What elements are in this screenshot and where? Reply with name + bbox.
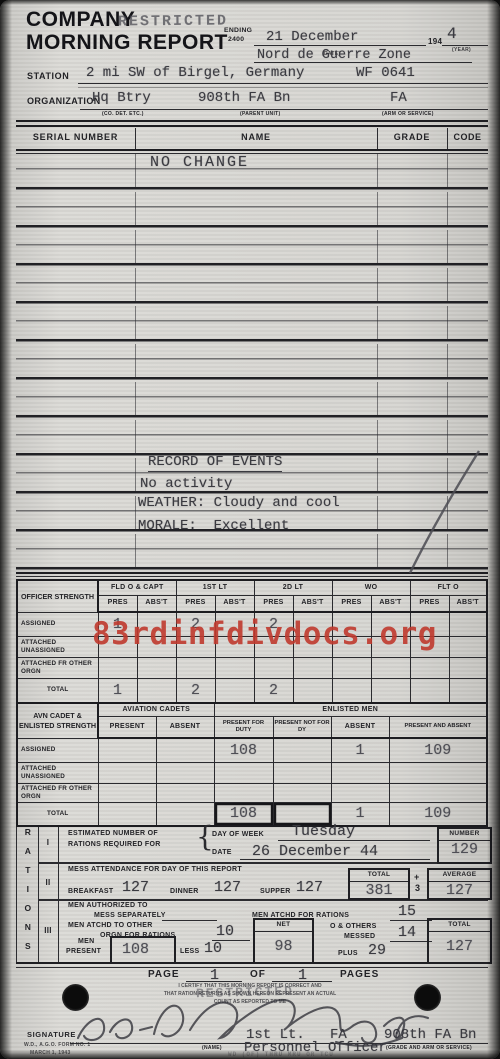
row-label-attached-unassigned: ATTACHED UNASSIGNED xyxy=(17,762,98,783)
breakfast-label: BREAKFAST xyxy=(68,888,113,896)
watermark-text: 83rdinfdivdocs.org xyxy=(92,616,437,652)
rule xyxy=(16,576,488,577)
form-number: W.D., A.G.O. FORM NO. 1 xyxy=(24,1043,90,1049)
rations-letter: S xyxy=(19,942,37,952)
routing-stamp: WD (OF) THRU MRU OR TCU xyxy=(228,1051,334,1058)
mess-total-typed: 381 xyxy=(350,882,408,899)
ending-time-label: 2400 xyxy=(228,36,244,44)
rations-estimated-label2: RATIONS REQUIRED FOR xyxy=(68,841,161,849)
roster-col-code: CODE xyxy=(447,132,488,142)
abst-header: ABS'T xyxy=(449,595,487,612)
typed-unit: 908th FA Bn xyxy=(384,1027,476,1043)
others-messed-typed: 14 xyxy=(398,924,416,941)
rule xyxy=(390,920,432,921)
cell: 2 xyxy=(254,678,293,703)
officer-corner-label: OFFICER STRENGTH xyxy=(17,580,98,612)
rule xyxy=(16,825,17,962)
organization-label: ORGANIZATION xyxy=(27,96,101,106)
rations-total-label: TOTAL xyxy=(429,920,490,932)
enlisted-corner-label: AVN CADET & ENLISTED STRENGTH xyxy=(17,703,98,738)
cell xyxy=(331,783,389,802)
name-sublabel: (NAME) xyxy=(202,1046,222,1052)
roster-col-serial: SERIAL NUMBER xyxy=(16,132,135,142)
events-line1-typed: No activity xyxy=(140,476,232,492)
rations-numeral-1: I xyxy=(40,838,56,847)
form-title-line2: MORNING REPORT xyxy=(26,31,228,55)
number-typed: 129 xyxy=(439,841,490,858)
rule xyxy=(254,45,426,46)
table-row: ATTACHED FR OTHER ORGN xyxy=(17,657,487,678)
cell xyxy=(293,657,332,678)
rations-letter: O xyxy=(19,904,37,914)
cell xyxy=(215,657,254,678)
roster-ruled-area: NO CHANGE RECORD OF EVENTS No activity W… xyxy=(16,154,488,572)
of-label: OF xyxy=(250,969,266,981)
report-date-typed: 21 December xyxy=(266,29,358,45)
table-row: OFFICER STRENGTH FLD O & CAPT 1ST LT 2D … xyxy=(17,580,487,595)
pres-header: PRES xyxy=(410,595,449,612)
col-absent-em: ABSENT xyxy=(331,716,389,738)
cell xyxy=(98,738,156,762)
dinner-typed: 127 xyxy=(214,879,241,896)
punch-hole-right xyxy=(414,984,441,1011)
rule xyxy=(16,967,488,968)
ending-label: ENDING xyxy=(224,27,252,35)
pres-header: PRES xyxy=(332,595,371,612)
group-enlisted-men: ENLISTED MEN xyxy=(214,703,487,716)
cell xyxy=(98,802,156,826)
cell xyxy=(215,678,254,703)
signature-label: SIGNATURE xyxy=(27,1031,76,1040)
cell xyxy=(273,738,331,762)
rule xyxy=(16,572,488,574)
rule xyxy=(377,154,378,572)
org-parent-sublabel: (PARENT UNIT) xyxy=(240,112,280,118)
row-label-total: TOTAL xyxy=(17,678,98,703)
table-row: TOTAL 1 2 2 xyxy=(17,678,487,703)
abst-header: ABS'T xyxy=(293,595,332,612)
cell xyxy=(449,678,487,703)
zone-typed: Nord de Guerre Zone xyxy=(257,48,411,63)
day-of-week-label: DAY OF WEEK xyxy=(212,831,264,839)
plus-label: PLUS xyxy=(338,950,358,958)
cell: 109 xyxy=(389,738,487,762)
cell xyxy=(449,636,487,657)
pres-header: PRES xyxy=(176,595,215,612)
cell xyxy=(176,657,215,678)
cell xyxy=(273,783,331,802)
cell xyxy=(389,783,487,802)
year-printed: 194 xyxy=(428,37,442,46)
rations-letter: R xyxy=(19,828,37,838)
station-coord-typed: WF 0641 xyxy=(356,65,415,81)
cell: 2 xyxy=(176,678,215,703)
rule xyxy=(16,962,488,964)
pages-number-typed: 1 xyxy=(298,967,307,984)
divide-by-three: 3 xyxy=(415,883,420,893)
less-label: LESS xyxy=(180,948,199,956)
group-aviation-cadets: AVIATION CADETS xyxy=(98,703,214,716)
station-label: STATION xyxy=(27,71,69,81)
col-absent: ABSENT xyxy=(156,716,214,738)
cell xyxy=(273,762,331,783)
breakfast-typed: 127 xyxy=(122,879,149,896)
cell xyxy=(137,678,176,703)
cell xyxy=(98,762,156,783)
page-number-typed: 1 xyxy=(210,967,219,984)
year-typed: 4 xyxy=(447,25,457,43)
table-row: ATTACHED FR OTHER ORGN xyxy=(17,783,487,802)
mess-total-box: TOTAL 381 xyxy=(348,868,410,900)
cell xyxy=(332,657,371,678)
average-label: AVERAGE xyxy=(429,870,490,882)
cell xyxy=(156,762,214,783)
abst-header: ABS'T xyxy=(215,595,254,612)
cell: 108 xyxy=(214,738,273,762)
cell xyxy=(449,657,487,678)
page-label: PAGE xyxy=(148,969,180,981)
day-of-week-typed: Tuesday xyxy=(292,823,355,840)
rations-total-box: TOTAL 127 xyxy=(427,918,492,964)
rule xyxy=(278,840,430,841)
rations-letter: T xyxy=(19,866,37,876)
net-label: NET xyxy=(255,920,312,932)
men-present-typed: 108 xyxy=(112,938,174,958)
supper-label: SUPPER xyxy=(260,888,291,896)
cell xyxy=(98,783,156,802)
restricted-stamp-top: RESTRICTED xyxy=(118,13,228,31)
number-label: NUMBER xyxy=(439,829,490,841)
abst-header: ABS'T xyxy=(371,595,410,612)
abst-header: ABS'T xyxy=(137,595,176,612)
cell xyxy=(137,657,176,678)
rations-letter: I xyxy=(19,885,37,895)
rations-date-typed: 26 December 44 xyxy=(252,843,378,860)
pres-header: PRES xyxy=(98,595,137,612)
cell xyxy=(156,783,214,802)
others-messed-label1: O & OTHERS xyxy=(330,923,377,931)
scan-edge-left xyxy=(0,0,12,1059)
date-label: DATE xyxy=(212,849,232,857)
cell xyxy=(98,657,137,678)
morning-report-document: COMPANY MORNING REPORT RESTRICTED ENDING… xyxy=(0,0,500,1059)
officer-group-wo: WO xyxy=(332,580,410,595)
form-date: MARCH 1, 1943 xyxy=(30,1051,71,1057)
roster-col-name: NAME xyxy=(135,132,377,142)
net-typed: 98 xyxy=(255,932,312,955)
officer-group-flto: FLT O xyxy=(410,580,487,595)
cell xyxy=(254,657,293,678)
rule xyxy=(78,87,488,88)
rule xyxy=(78,83,488,84)
station-typed: 2 mi SW of Birgel, Germany xyxy=(86,65,304,81)
cell xyxy=(371,678,410,703)
rule xyxy=(16,120,488,122)
cell xyxy=(389,762,487,783)
rations-numeral-3: III xyxy=(40,926,56,935)
roster-entry-typed: NO CHANGE xyxy=(150,154,249,171)
pages-label: PAGES xyxy=(340,969,379,981)
rule xyxy=(58,825,59,962)
events-title-typed: RECORD OF EVENTS xyxy=(148,454,282,472)
auth-mess-label1: MEN AUTHORIZED TO xyxy=(68,902,148,910)
men-present-label2: PRESENT xyxy=(66,948,101,956)
atchd-other-typed: 10 xyxy=(216,923,234,940)
cell: 109 xyxy=(389,802,487,826)
cell xyxy=(214,783,273,802)
col-present-not-for-dy: PRESENT NOT FOR DY xyxy=(273,716,331,738)
rule xyxy=(16,125,488,127)
plus-typed: 29 xyxy=(368,942,386,959)
row-label-total: TOTAL xyxy=(17,802,98,826)
enlisted-strength-table: AVN CADET & ENLISTED STRENGTH AVIATION C… xyxy=(16,702,488,827)
rule xyxy=(38,862,488,864)
atchd-for-rations-typed: 15 xyxy=(398,903,416,920)
org-arm-sublabel: (ARM OR SERVICE) xyxy=(382,112,434,118)
cell xyxy=(332,678,371,703)
org-parent-typed: 908th FA Bn xyxy=(198,90,290,106)
rations-numeral-2: II xyxy=(40,878,56,887)
cell xyxy=(214,762,273,783)
net-box: NET 98 xyxy=(253,918,314,964)
row-label-attached-fr: ATTACHED FR OTHER ORGN xyxy=(17,783,98,802)
cell xyxy=(449,612,487,636)
events-line3-typed: MORALE: Excellent xyxy=(138,518,289,534)
rations-letter: N xyxy=(19,923,37,933)
average-box: AVERAGE 127 xyxy=(427,868,492,900)
scan-edge-top xyxy=(0,0,500,5)
officer-group-1stlt: 1ST LT xyxy=(176,580,254,595)
rations-total-typed: 127 xyxy=(429,932,490,955)
mess-attendance-title: MESS ATTENDANCE FOR DAY OF THIS REPORT xyxy=(68,866,242,874)
table-row: ASSIGNED 108 1 109 xyxy=(17,738,487,762)
row-label-assigned: ASSIGNED xyxy=(17,738,98,762)
org-unit-sublabel: (CO. DET. ETC.) xyxy=(102,112,144,118)
rule xyxy=(38,899,488,901)
cell xyxy=(293,678,332,703)
rule xyxy=(162,920,217,921)
row-label-attached-fr: ATTACHED FR OTHER ORGN xyxy=(17,657,98,678)
table-row: ATTACHED UNASSIGNED xyxy=(17,762,487,783)
punch-hole-left xyxy=(62,984,89,1011)
supper-typed: 127 xyxy=(296,879,323,896)
table-row: AVN CADET & ENLISTED STRENGTH AVIATION C… xyxy=(17,703,487,716)
average-typed: 127 xyxy=(429,882,490,899)
col-present: PRESENT xyxy=(98,716,156,738)
dinner-label: DINNER xyxy=(170,888,199,896)
table-row: TOTAL 108 1 109 xyxy=(17,802,487,826)
cell xyxy=(410,657,449,678)
col-present-for-duty: PRESENT FOR DUTY xyxy=(214,716,273,738)
rule xyxy=(16,149,488,151)
col-present-and-absent: PRESENT AND ABSENT xyxy=(389,716,487,738)
cell xyxy=(156,738,214,762)
pres-header: PRES xyxy=(254,595,293,612)
roster-col-grade: GRADE xyxy=(377,132,447,142)
row-label-assigned: ASSIGNED xyxy=(17,612,98,636)
org-unit-typed: Hq Btry xyxy=(92,90,151,106)
cell xyxy=(331,762,389,783)
row-label-attached-unassigned: ATTACHED UNASSIGNED xyxy=(17,636,98,657)
less-typed: 10 xyxy=(204,940,222,957)
scan-edge-right xyxy=(487,0,500,1059)
auth-mess-label2: MESS SEPARATELY xyxy=(94,912,166,920)
mess-total-label: TOTAL xyxy=(350,870,408,882)
cell: 108 xyxy=(214,802,273,826)
men-present-label1: MEN xyxy=(78,938,94,946)
others-messed-label2: MESSED xyxy=(344,933,375,941)
rule xyxy=(390,941,432,942)
divide-plus-glyph: + xyxy=(414,872,420,882)
atchd-other-label1: MEN ATCHD TO OTHER xyxy=(68,922,153,930)
officer-group-2dlt: 2D LT xyxy=(254,580,332,595)
year-sublabel: (YEAR) xyxy=(452,48,471,54)
rations-estimated-label1: ESTIMATED NUMBER OF xyxy=(68,830,158,838)
cell: 1 xyxy=(98,678,137,703)
cell xyxy=(371,657,410,678)
grade-sublabel: (GRADE AND ARM OR SERVICE) xyxy=(386,1046,472,1052)
men-present-box: 108 xyxy=(110,936,176,964)
cell xyxy=(410,678,449,703)
rule xyxy=(447,154,448,572)
officer-group-fldo: FLD O & CAPT xyxy=(98,580,176,595)
rule xyxy=(135,154,136,572)
rations-letter: A xyxy=(19,847,37,857)
events-line2-typed: WEATHER: Cloudy and cool xyxy=(138,495,340,511)
cell: 1 xyxy=(331,738,389,762)
restricted-stamp-bottom: RESTRICTED xyxy=(196,984,294,1002)
org-arm-typed: FA xyxy=(390,90,407,106)
number-box: NUMBER 129 xyxy=(437,827,492,864)
